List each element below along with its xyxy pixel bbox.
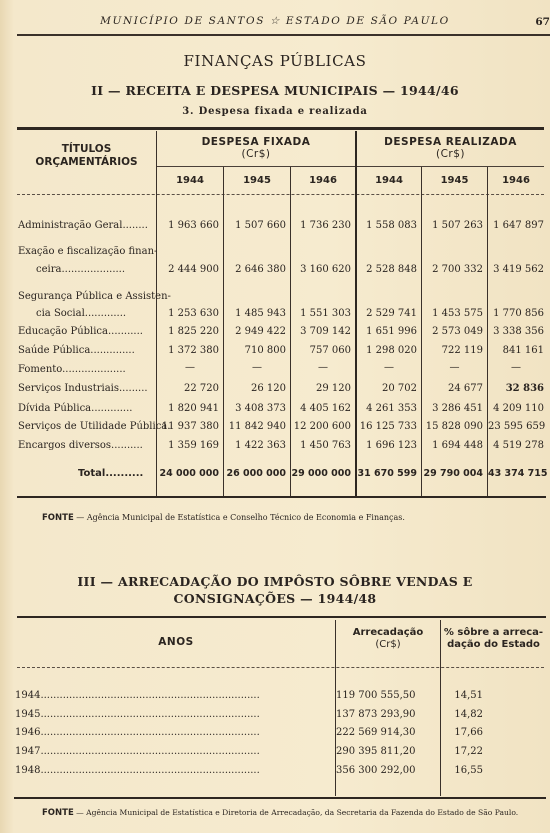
cell: 3 160 620 xyxy=(291,264,351,275)
cell: 1 770 856 xyxy=(488,308,544,319)
cell: 11 937 380 xyxy=(157,421,219,432)
cell: 1 825 220 xyxy=(157,326,219,337)
cell: — xyxy=(488,362,544,373)
cell: 2 529 741 xyxy=(357,308,417,319)
header-line: (Cr$) xyxy=(157,148,355,160)
cell: — xyxy=(224,362,290,373)
year-header: 1945 xyxy=(422,175,487,186)
amount-cell: 137 873 293,90 xyxy=(336,709,402,720)
cell: — xyxy=(357,362,421,373)
cell: 4 405 162 xyxy=(291,403,351,414)
table2-top-rule xyxy=(17,616,546,618)
table-top-rule xyxy=(17,127,544,130)
cell: 4 519 278 xyxy=(488,440,544,451)
row-label-continuation: ceira.................... xyxy=(36,264,125,275)
document-page: MUNICÍPIO DE SANTOS ☆ ESTADO DE SÃO PAUL… xyxy=(0,0,550,833)
amount-cell: 356 300 292,00 xyxy=(336,765,402,776)
cell: 1 696 123 xyxy=(357,440,417,451)
pct-column-header: % sôbre a arreca- dação do Estado xyxy=(441,627,546,651)
table2-header-rule xyxy=(17,667,544,668)
source-text: — Agência Municipal de Estatística e Dir… xyxy=(74,808,518,817)
cell: — xyxy=(291,362,355,373)
cell: — xyxy=(157,362,223,373)
total-cell: 24 000 000 xyxy=(157,468,219,479)
cell: 20 702 xyxy=(357,383,417,394)
cell: 710 800 xyxy=(224,345,286,356)
cell: 4 209 110 xyxy=(488,403,544,414)
cell: 2 444 900 xyxy=(157,264,219,275)
cell: 1 551 303 xyxy=(291,308,351,319)
header-line: DESPESA REALIZADA xyxy=(357,136,544,148)
header-line: % sôbre a arreca- xyxy=(441,627,546,639)
cell: 841 161 xyxy=(488,345,544,356)
row-label: Saúde Pública.............. xyxy=(18,345,135,356)
section-subtitle: II — RECEITA E DESPESA MUNICIPAIS — 1944… xyxy=(0,83,550,98)
year-header: 1944 xyxy=(357,175,421,186)
cell: 2 573 049 xyxy=(422,326,483,337)
running-header: MUNICÍPIO DE SANTOS ☆ ESTADO DE SÃO PAUL… xyxy=(0,15,550,31)
years-column-header: ANOS xyxy=(17,636,335,648)
year-label: 1945....................................… xyxy=(15,709,315,720)
source-key: FONTE xyxy=(42,808,74,818)
cell: 29 120 xyxy=(291,383,351,394)
total-cell: 29 000 000 xyxy=(291,468,351,479)
header-bottom-rule xyxy=(17,194,544,195)
row-label: Serviços de Utilidade Pública. xyxy=(18,421,170,432)
amount-cell: 222 569 914,30 xyxy=(336,727,402,738)
year-label: 1944....................................… xyxy=(15,690,315,701)
cell: — xyxy=(422,362,487,373)
table-caption: 3. Despesa fixada e realizada xyxy=(0,106,550,117)
cell: 2 700 332 xyxy=(422,264,483,275)
total-cell: 31 670 599 xyxy=(357,468,417,479)
cell: 11 842 940 xyxy=(224,421,286,432)
cell: 1 820 941 xyxy=(157,403,219,414)
cell: 3 286 451 xyxy=(422,403,483,414)
cell: 4 261 353 xyxy=(357,403,417,414)
cell: 1 485 943 xyxy=(224,308,286,319)
header-line: DESPESA FIXADA xyxy=(157,136,355,148)
cell: 1 298 020 xyxy=(357,345,417,356)
table2-title-line2: CONSIGNAÇÕES — 1944/48 xyxy=(0,591,550,606)
year-label: 1947....................................… xyxy=(15,746,315,757)
cell: 12 200 600 xyxy=(291,421,351,432)
running-title: MUNICÍPIO DE SANTOS ☆ ESTADO DE SÃO PAUL… xyxy=(0,15,550,27)
year-header: 1944 xyxy=(157,175,223,186)
source-key: FONTE xyxy=(42,513,74,523)
total-cell: 43 374 715 xyxy=(488,468,544,479)
row-label: Serviços Industriais......... xyxy=(18,383,148,394)
row-label: Segurança Pública e Assisten- xyxy=(18,291,171,302)
group2-underline xyxy=(357,166,544,167)
cell: 1 359 169 xyxy=(157,440,219,451)
header-line: ORÇAMENTÁRIOS xyxy=(17,156,156,169)
header-line: Arrecadação xyxy=(336,627,440,639)
cell: 1 736 230 xyxy=(291,220,351,231)
total-cell: 29 790 004 xyxy=(422,468,483,479)
row-label: Exação e fiscalização finan- xyxy=(18,246,157,257)
total-cell: 26 000 000 xyxy=(224,468,286,479)
pct-cell: 16,55 xyxy=(441,765,483,776)
row-label: Administração Geral........ xyxy=(18,220,148,231)
cell: 24 677 xyxy=(422,383,483,394)
cell: 22 720 xyxy=(157,383,219,394)
cell: 32 836 xyxy=(488,383,544,394)
source-text: — Agência Municipal de Estatística e Con… xyxy=(74,513,405,522)
header-line: (Cr$) xyxy=(357,148,544,160)
row-label: Educação Pública........... xyxy=(18,326,143,337)
header-line: (Cr$) xyxy=(336,639,440,651)
pct-cell: 17,66 xyxy=(441,727,483,738)
cell: 16 125 733 xyxy=(357,421,417,432)
row-label: Dívida Pública............. xyxy=(18,403,132,414)
cell: 1 694 448 xyxy=(422,440,483,451)
page-number: 67 xyxy=(535,16,550,28)
row-label: Encargos diversos.......... xyxy=(18,440,143,451)
amount-cell: 119 700 555,50 xyxy=(336,690,402,701)
titles-column-header: TÍTULOS ORÇAMENTÁRIOS xyxy=(17,143,156,169)
cell: 1 647 897 xyxy=(488,220,544,231)
header-rule xyxy=(17,34,550,36)
year-header: 1946 xyxy=(291,175,355,186)
total-label: Total.......... xyxy=(78,468,143,479)
cell: 15 828 090 xyxy=(422,421,483,432)
despesa-fixada-header: DESPESA FIXADA (Cr$) xyxy=(157,136,355,160)
cell: 1 507 263 xyxy=(422,220,483,231)
row-label-continuation: cia Social............. xyxy=(36,308,126,319)
cell: 3 419 562 xyxy=(488,264,544,275)
cell: 1 507 660 xyxy=(224,220,286,231)
cell: 1 558 083 xyxy=(357,220,417,231)
year-label: 1948....................................… xyxy=(15,765,315,776)
cell: 2 646 380 xyxy=(224,264,286,275)
cell: 1 253 630 xyxy=(157,308,219,319)
despesa-realizada-header: DESPESA REALIZADA (Cr$) xyxy=(357,136,544,160)
table2-title-line1: III — ARRECADAÇÃO DO IMPÔSTO SÔBRE VENDA… xyxy=(0,574,550,589)
cell: 1 963 660 xyxy=(157,220,219,231)
header-line: TÍTULOS xyxy=(17,143,156,156)
cell: 3 338 356 xyxy=(488,326,544,337)
cell: 1 651 996 xyxy=(357,326,417,337)
cell: 1 450 763 xyxy=(291,440,351,451)
year-header: 1946 xyxy=(488,175,544,186)
group1-underline xyxy=(157,166,355,167)
year-header: 1945 xyxy=(224,175,290,186)
cell: 26 120 xyxy=(224,383,286,394)
cell: 1 453 575 xyxy=(422,308,483,319)
cell: 3 709 142 xyxy=(291,326,351,337)
pct-cell: 14,82 xyxy=(441,709,483,720)
section-title: FINANÇAS PÚBLICAS xyxy=(0,52,550,70)
table1-source: FONTE — Agência Municipal de Estatística… xyxy=(42,513,405,523)
cell: 23 595 659 xyxy=(488,421,544,432)
pct-cell: 17,22 xyxy=(441,746,483,757)
cell: 2 528 848 xyxy=(357,264,417,275)
year-label: 1946....................................… xyxy=(15,727,315,738)
header-line: dação do Estado xyxy=(441,639,546,651)
row-label: Fomento.................... xyxy=(18,364,126,375)
pct-cell: 14,51 xyxy=(441,690,483,701)
table2-bottom-rule xyxy=(14,797,546,799)
amount-cell: 290 395 811,20 xyxy=(336,746,402,757)
amount-column-header: Arrecadação (Cr$) xyxy=(336,627,440,651)
cell: 3 408 373 xyxy=(224,403,286,414)
cell: 1 422 363 xyxy=(224,440,286,451)
cell: 1 372 380 xyxy=(157,345,219,356)
cell: 2 949 422 xyxy=(224,326,286,337)
table2-source: FONTE — Agência Municipal de Estatística… xyxy=(42,808,518,818)
table-bottom-rule xyxy=(17,496,546,498)
cell: 757 060 xyxy=(291,345,351,356)
cell: 722 119 xyxy=(422,345,483,356)
